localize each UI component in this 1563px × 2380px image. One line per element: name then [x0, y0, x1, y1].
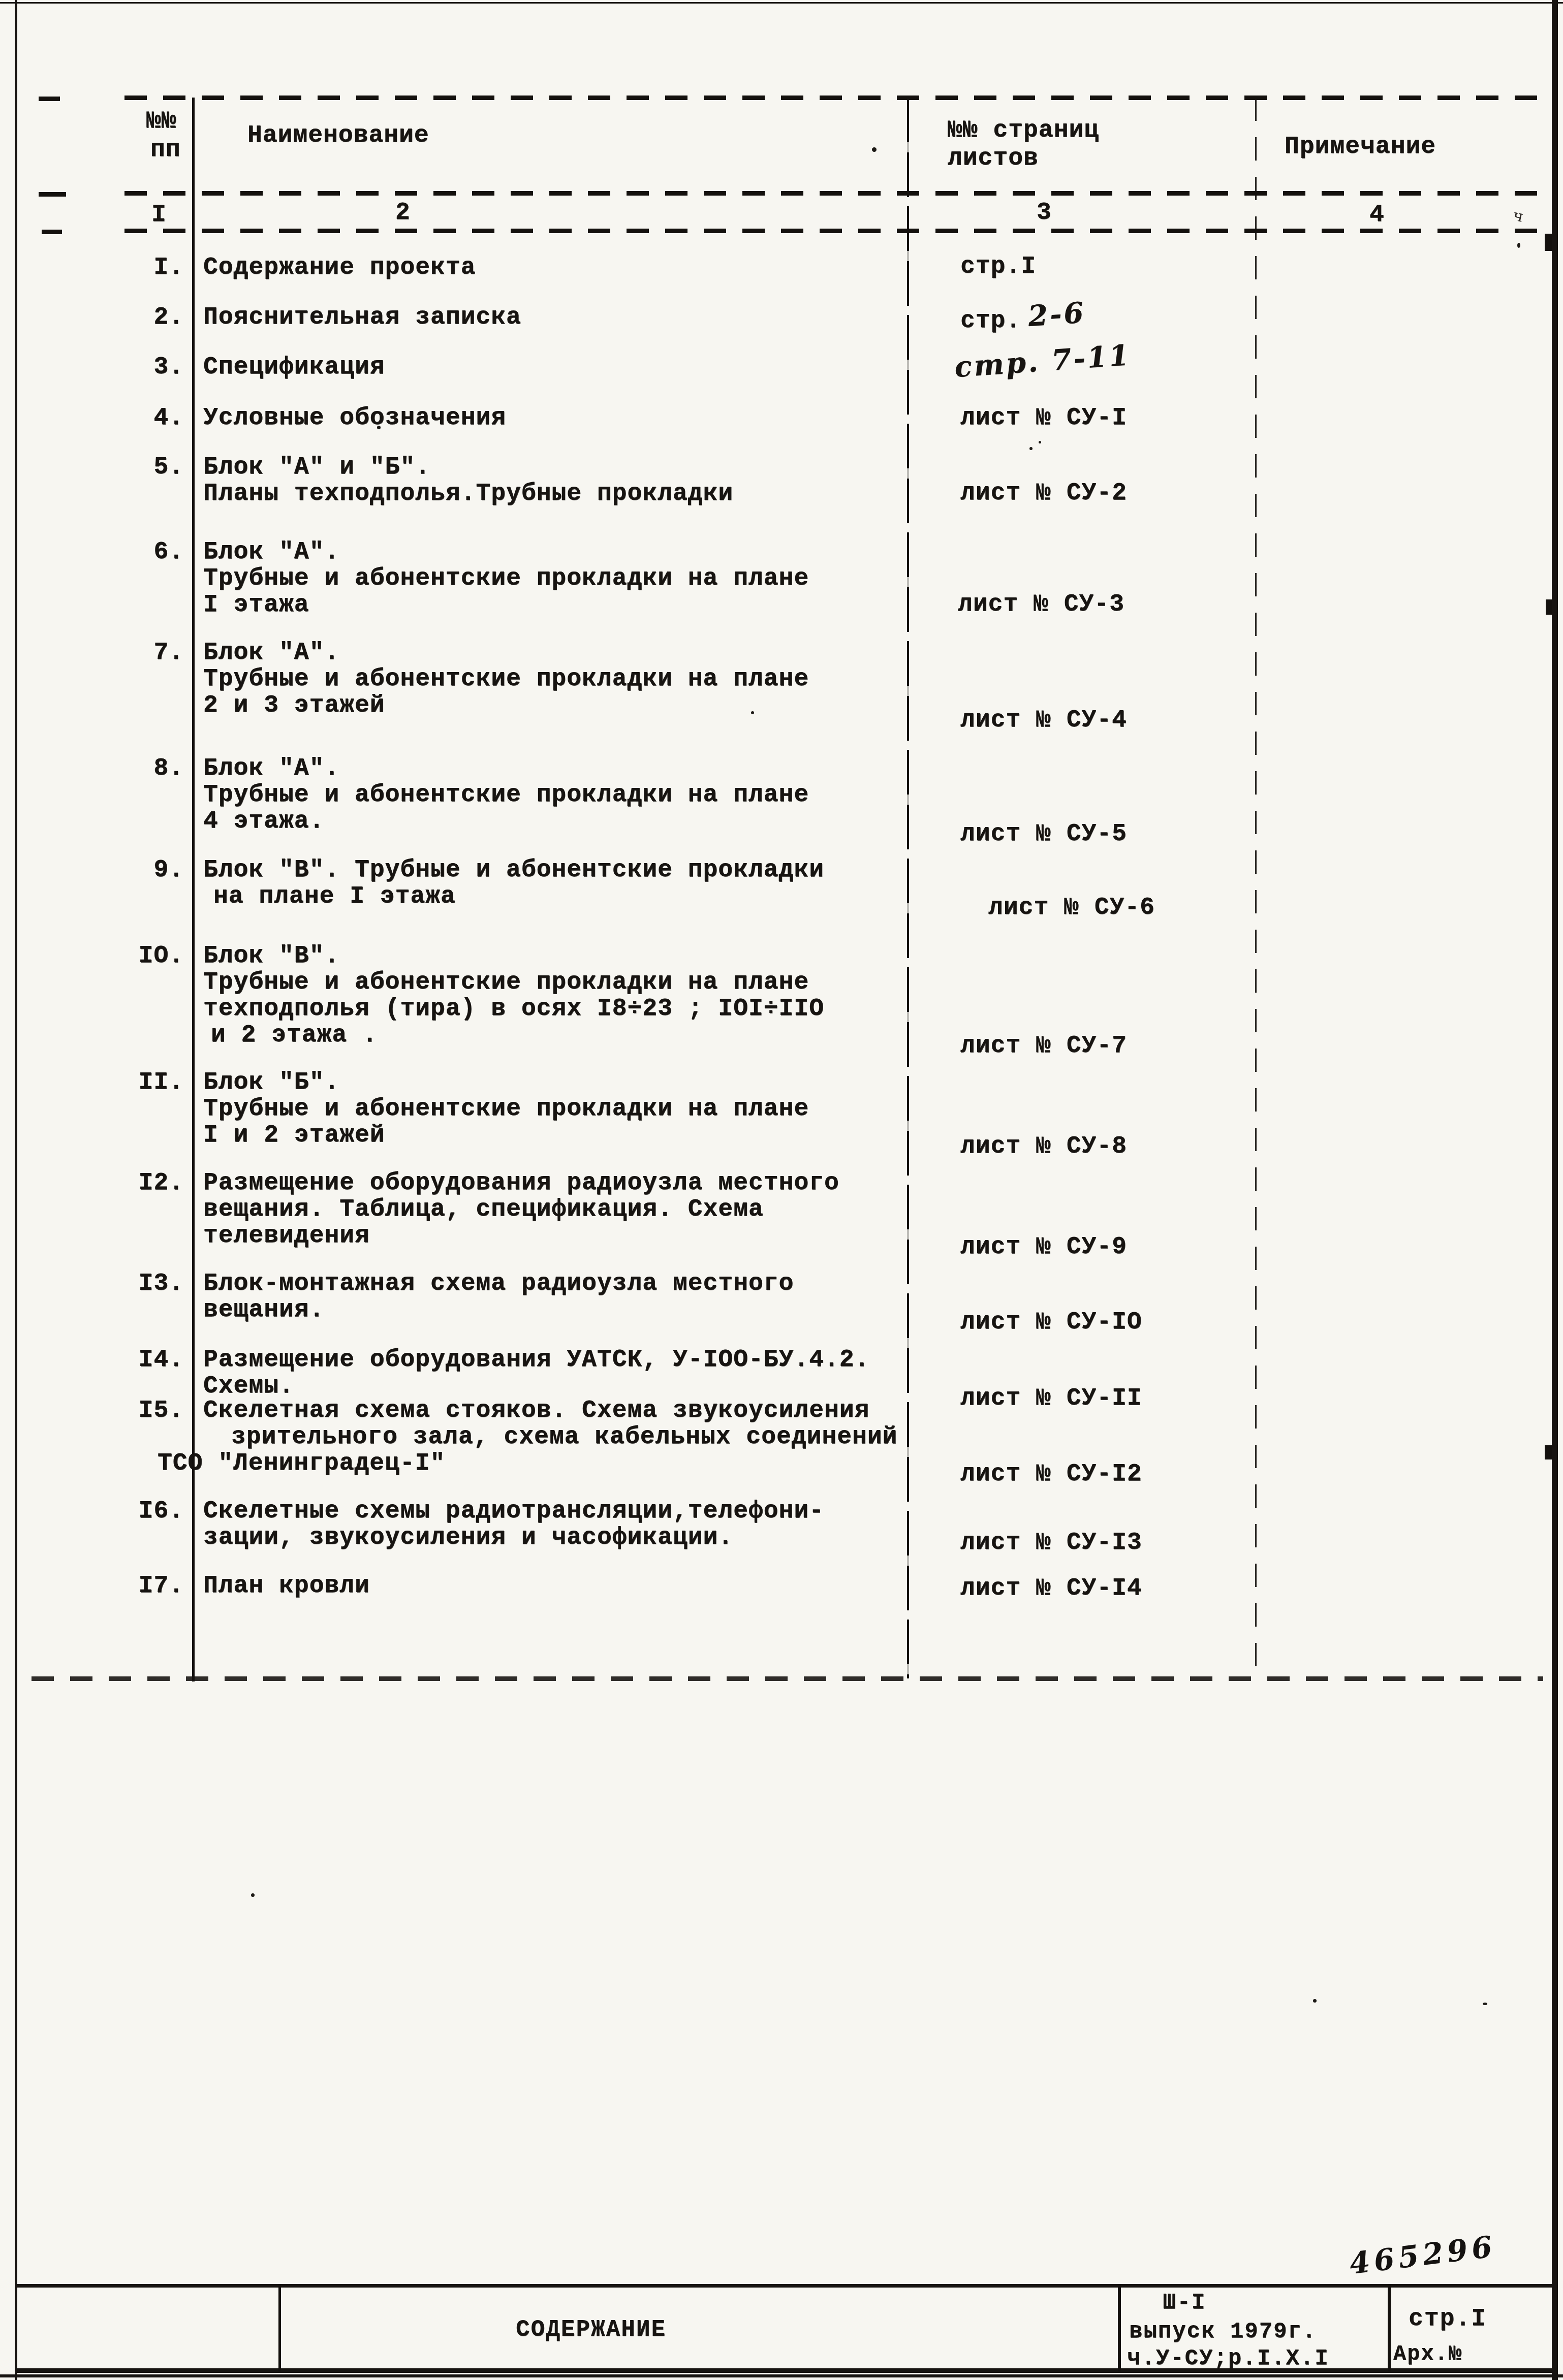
footer-issue-line-3: ч.У-СУ;р.I.Х.I	[1127, 2346, 1329, 2371]
table-rule-top	[124, 96, 1542, 100]
row-number: II.	[86, 1069, 184, 1096]
row-name-line: Блок-монтажная схема радиоузла местного	[203, 1270, 794, 1297]
row-number: I7.	[86, 1572, 184, 1600]
row-name-line: зации, звукоусиления и часофикации.	[203, 1524, 733, 1551]
footer-issue-line-1: Ш-I	[1163, 2290, 1206, 2315]
scan-speck	[751, 711, 754, 714]
table-rule-bottom	[32, 1676, 1543, 1681]
handwritten-archive-number: 465296	[1348, 2229, 1498, 2281]
scan-speck	[1313, 1999, 1317, 2003]
row-name-line: Блок "А".	[203, 755, 339, 782]
row-name-line: Трубные и абонентские прокладки на плане	[203, 665, 809, 693]
row-name-line: Трубные и абонентские прокладки на плане	[203, 969, 809, 996]
typed-sheet-number: стр.I	[960, 253, 1036, 280]
row-sheet-reference: лист № СУ-9	[960, 1233, 1127, 1261]
column-index-1: I	[151, 201, 167, 229]
row-sheet-reference: лист № СУ-I2	[960, 1461, 1142, 1488]
typed-sheet-number: лист № СУ-4	[960, 707, 1127, 734]
row-name-line: Схемы.	[203, 1373, 294, 1400]
row-sheet-reference: лист № СУ-5	[960, 820, 1127, 848]
page-border-left	[15, 0, 17, 2380]
row-sheet-reference: лист № СУ-I4	[960, 1575, 1142, 1602]
row-number: IO.	[86, 942, 184, 970]
page-border-right	[1552, 0, 1558, 2380]
scan-speck	[251, 1893, 255, 1897]
row-number: I4.	[86, 1346, 184, 1374]
header-col1-line1: №№	[146, 108, 177, 135]
row-number: 5.	[86, 454, 184, 481]
row-number: I3.	[86, 1270, 184, 1297]
row-sheet-reference: лист № СУ-II	[960, 1385, 1142, 1412]
row-sheet-reference: лист № СУ-7	[960, 1032, 1127, 1060]
row-sheet-reference: лист № СУ-I3	[960, 1529, 1142, 1557]
row-name-line: Блок "А".	[203, 639, 339, 667]
row-name-line: План кровли	[203, 1572, 370, 1600]
row-number: I2.	[86, 1169, 184, 1197]
typed-sheet-number: лист № СУ-2	[960, 480, 1127, 507]
row-sheet-reference: лист № СУ-3	[958, 591, 1124, 618]
typed-sheet-number: лист № СУ-8	[960, 1133, 1127, 1160]
row-name-line: I и 2 этажей	[203, 1122, 385, 1149]
handwritten-page-number: 2-6	[1027, 296, 1087, 333]
row-sheet-reference: лист № СУ-8	[960, 1133, 1127, 1160]
row-name-line: телевидения	[203, 1222, 370, 1250]
typed-sheet-number: стр.	[960, 307, 1021, 335]
row-number: 7.	[86, 639, 184, 667]
row-name-line: Блок "В". Трубные и абонентские прокладк…	[203, 856, 824, 884]
row-number: 3.	[86, 354, 184, 381]
row-sheet-reference: лист № СУ-I	[960, 404, 1127, 432]
row-name-line: Скелетные схемы радиотрансляции,телефони…	[203, 1498, 824, 1525]
row-name-line: Размещение оборудования УАТСК, У-IOO-БУ.…	[203, 1346, 869, 1374]
page-border-top	[0, 2, 1563, 4]
footer-vline-2	[1118, 2284, 1121, 2371]
table-rule-lead-1	[39, 97, 60, 101]
table-vline-col2	[907, 98, 909, 1678]
row-name-line: зрительного зала, схема кабельных соедин…	[231, 1423, 897, 1451]
typed-sheet-number: лист № СУ-7	[960, 1032, 1127, 1060]
row-name-line: Блок "Б".	[203, 1069, 339, 1096]
table-vline-col3	[1255, 98, 1257, 1678]
footer-page-number: стр.I	[1409, 2305, 1487, 2333]
scan-speck	[872, 147, 877, 152]
row-name-line: Спецификация	[203, 354, 385, 381]
typed-sheet-number: лист № СУ-9	[960, 1233, 1127, 1261]
row-name-line: 4 этажа.	[203, 808, 324, 835]
row-name-line: техподполья (тира) в осях I8÷23 ; IOI÷II…	[203, 995, 824, 1023]
row-name-line: ТСО "Ленинградец-I"	[158, 1450, 445, 1477]
row-number: 9.	[86, 856, 184, 884]
footer-vline-1	[278, 2284, 281, 2371]
row-number: I.	[86, 254, 184, 281]
header-col1-line2: пп	[150, 136, 181, 164]
column-index-4: 4	[1369, 201, 1385, 229]
row-sheet-reference: стр. 7-11	[954, 344, 1131, 378]
typed-sheet-number: лист № СУ-5	[960, 820, 1127, 848]
row-name-line: и 2 этажа .	[211, 1022, 378, 1049]
row-sheet-reference: лист № СУ-4	[960, 707, 1127, 734]
scan-speck	[377, 426, 381, 429]
row-sheet-reference: лист № СУ-2	[960, 480, 1127, 507]
row-name-line: Планы техподполья.Трубные прокладки	[203, 480, 733, 507]
scan-speck	[1483, 2003, 1487, 2005]
column-index-2: 2	[395, 199, 411, 227]
row-name-line: Условные обозначения	[203, 404, 506, 432]
row-name-line: Блок "А" и "Б".	[203, 454, 430, 481]
header-col3-line1: №№ страниц	[948, 117, 1099, 144]
header-col2: Наименование	[247, 122, 429, 149]
row-name-line: Пояснительная записка	[203, 304, 521, 331]
typed-sheet-number: лист № СУ-I	[960, 404, 1127, 432]
row-number: 6.	[86, 538, 184, 566]
row-name-line: Трубные и абонентские прокладки на плане	[203, 781, 809, 809]
row-name-line: Содержание проекта	[203, 254, 476, 281]
scanned-document-page: №№ пп Наименование №№ страниц листов При…	[0, 0, 1563, 2380]
edge-blip	[1546, 599, 1552, 615]
typed-sheet-number: лист № СУ-I4	[960, 1575, 1142, 1602]
edge-blip	[1545, 1445, 1552, 1459]
row-number: I5.	[86, 1397, 184, 1424]
header-col3-line2: листов	[948, 145, 1039, 172]
row-sheet-reference: лист № СУ-6	[988, 894, 1155, 922]
header-col4: Примечание	[1285, 133, 1436, 161]
typed-sheet-number: лист № СУ-6	[988, 894, 1155, 922]
row-number: 2.	[86, 304, 184, 331]
table-rule-lead-3	[42, 230, 62, 234]
scan-speck	[1039, 441, 1041, 443]
handwritten-page-number: стр. 7-11	[953, 338, 1132, 384]
footer-archive-label: Арх.№	[1393, 2342, 1462, 2366]
table-vline-col1	[192, 98, 195, 1681]
row-name-line: вещания. Таблица, спецификация. Схема	[203, 1196, 764, 1223]
row-sheet-reference: стр.I	[960, 253, 1036, 280]
row-name-line: I этажа	[203, 591, 309, 619]
typed-sheet-number: лист № СУ-II	[960, 1385, 1142, 1412]
row-sheet-reference: лист № СУ-IO	[960, 1309, 1142, 1336]
row-name-line: Трубные и абонентские прокладки на плане	[203, 1095, 809, 1123]
footer-issue-line-2: выпуск 1979г.	[1129, 2319, 1317, 2344]
row-name-line: Блок "А".	[203, 538, 339, 566]
row-name-line: Размещение оборудования радиоузла местно…	[203, 1169, 839, 1197]
footer-vline-3	[1388, 2284, 1391, 2371]
row-name-line: вещания.	[203, 1296, 324, 1324]
footer-rule-top	[15, 2284, 1555, 2288]
row-name-line: Трубные и абонентские прокладки на плане	[203, 565, 809, 592]
typed-sheet-number: лист № СУ-3	[958, 591, 1124, 618]
row-name-line: Блок "В".	[203, 942, 339, 970]
row-sheet-reference: стр.2-6	[960, 301, 1085, 335]
table-rule-under-index	[124, 229, 1542, 233]
table-rule-under-header	[124, 191, 1542, 196]
row-name-line: 2 и 3 этажей	[203, 692, 385, 719]
row-number: 4.	[86, 404, 184, 432]
row-number: 8.	[86, 755, 184, 782]
row-name-line: Скелетная схема стояков. Схема звукоусил…	[203, 1397, 869, 1424]
row-number: I6.	[86, 1498, 184, 1525]
footer-document-title: СОДЕРЖАНИЕ	[516, 2316, 666, 2343]
corner-tick-mark: ч	[1512, 206, 1525, 226]
edge-blip	[1545, 234, 1552, 251]
row-name-line: на плане I этажа	[213, 883, 456, 910]
scan-speck	[1517, 243, 1520, 248]
scan-speck	[1029, 447, 1033, 450]
page-border-bottom	[0, 2374, 1563, 2377]
typed-sheet-number: лист № СУ-I3	[960, 1529, 1142, 1557]
typed-sheet-number: лист № СУ-IO	[960, 1309, 1142, 1336]
table-rule-lead-2	[39, 192, 66, 197]
typed-sheet-number: лист № СУ-I2	[960, 1461, 1142, 1488]
column-index-3: 3	[1037, 199, 1052, 227]
